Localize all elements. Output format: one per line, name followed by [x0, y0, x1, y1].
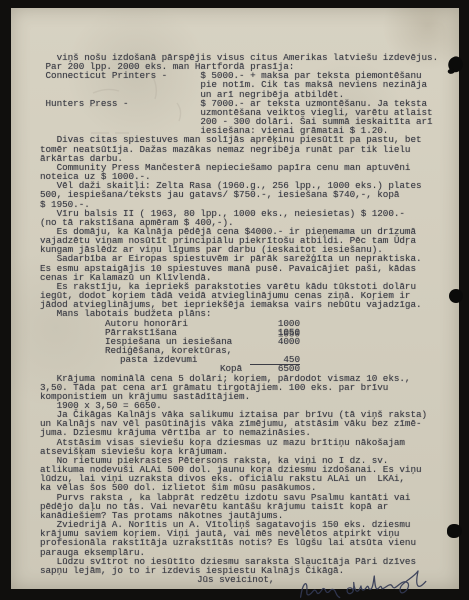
budget-row: Iespiešana un iesiešana 4000: [40, 337, 452, 346]
paragraph-divas-citas: Divas citas spiestuves man solījās aprēķ…: [40, 135, 452, 162]
paragraph-vel-dazi: Vēl daži skaitļi: Zelta Rasa (1960.g., 2…: [40, 181, 452, 208]
paragraph-zviedrija: Zviedrijā A. Norītis un A. Vītoliņš saga…: [40, 520, 452, 557]
budget-total-label: Kopā: [220, 364, 242, 373]
paragraph-es-rakstiju: Es rakstīju, ka iepriekš parakstoties va…: [40, 282, 452, 309]
scanned-letter-page: viņš nošu izdošanā pārspējis visus citus…: [0, 0, 469, 600]
paragraph-viru-balsis: Vīru balsis II ( 1963, 80 lpp., 1000 eks…: [40, 209, 452, 227]
budget-total-row: Kopā 6500: [40, 364, 452, 373]
paragraph-es-domaju: Es domāju, ka Kalnāja pēdējā cena $4000.…: [40, 227, 452, 254]
budget-row: Rediģēšana, korektūras,: [40, 346, 452, 355]
paragraph-sadarbiba: Sadarbība ar Eiropas spiestuvēm ir pārāk…: [40, 254, 452, 281]
budget-row: Autoru honorāri 1000: [40, 319, 452, 328]
budget-amount: 4000: [255, 337, 300, 346]
paragraph-purvs: Purvs raksta , ka labprāt redzētu izdotu…: [40, 493, 452, 520]
paragraph-community: Community Press Mančesterā nepieciešamo …: [40, 163, 452, 181]
paragraph-opening: viņš nošu izdošanā pārspējis visus citus…: [40, 53, 452, 135]
budget-row: Pārrakstīšana 1050: [40, 328, 452, 337]
closing-salutation: Jūs sveicinot,: [197, 575, 274, 584]
budget-label: pasta izdevumi: [120, 355, 197, 364]
hole-punch-mark: [447, 524, 462, 538]
paragraph-no-rietumu: No rietumu piekrastes Pētersons raksta, …: [40, 456, 452, 493]
paragraph-atstasim: Atstāsim visas sieviešu koŗa dziesmas uz…: [40, 438, 452, 456]
paragraph-budzeta-intro: Mans labotais budžeta plāns:: [40, 309, 452, 318]
paragraph-ja-cikagas: Ja Čikāgas Kalnājs vāka salikumu iztaisa…: [40, 410, 452, 437]
budget-table: Autoru honorāri 1000 Pārrakstīšana 1050 …: [40, 319, 452, 374]
budget-row: pasta izdevumi 450: [40, 355, 452, 364]
hole-punch-mark: [449, 289, 463, 303]
paper-sheet: viņš nošu izdošanā pārspējis visus citus…: [11, 8, 459, 589]
closing-row: Jūs sveicinot,: [40, 575, 452, 597]
letter-body: viņš nošu izdošanā pārspējis visus citus…: [40, 53, 452, 597]
budget-total-amount: 6500: [255, 364, 300, 373]
paragraph-krajuma: Krājuma nominālā cena 5 dolāri; koŗiem, …: [40, 374, 452, 401]
